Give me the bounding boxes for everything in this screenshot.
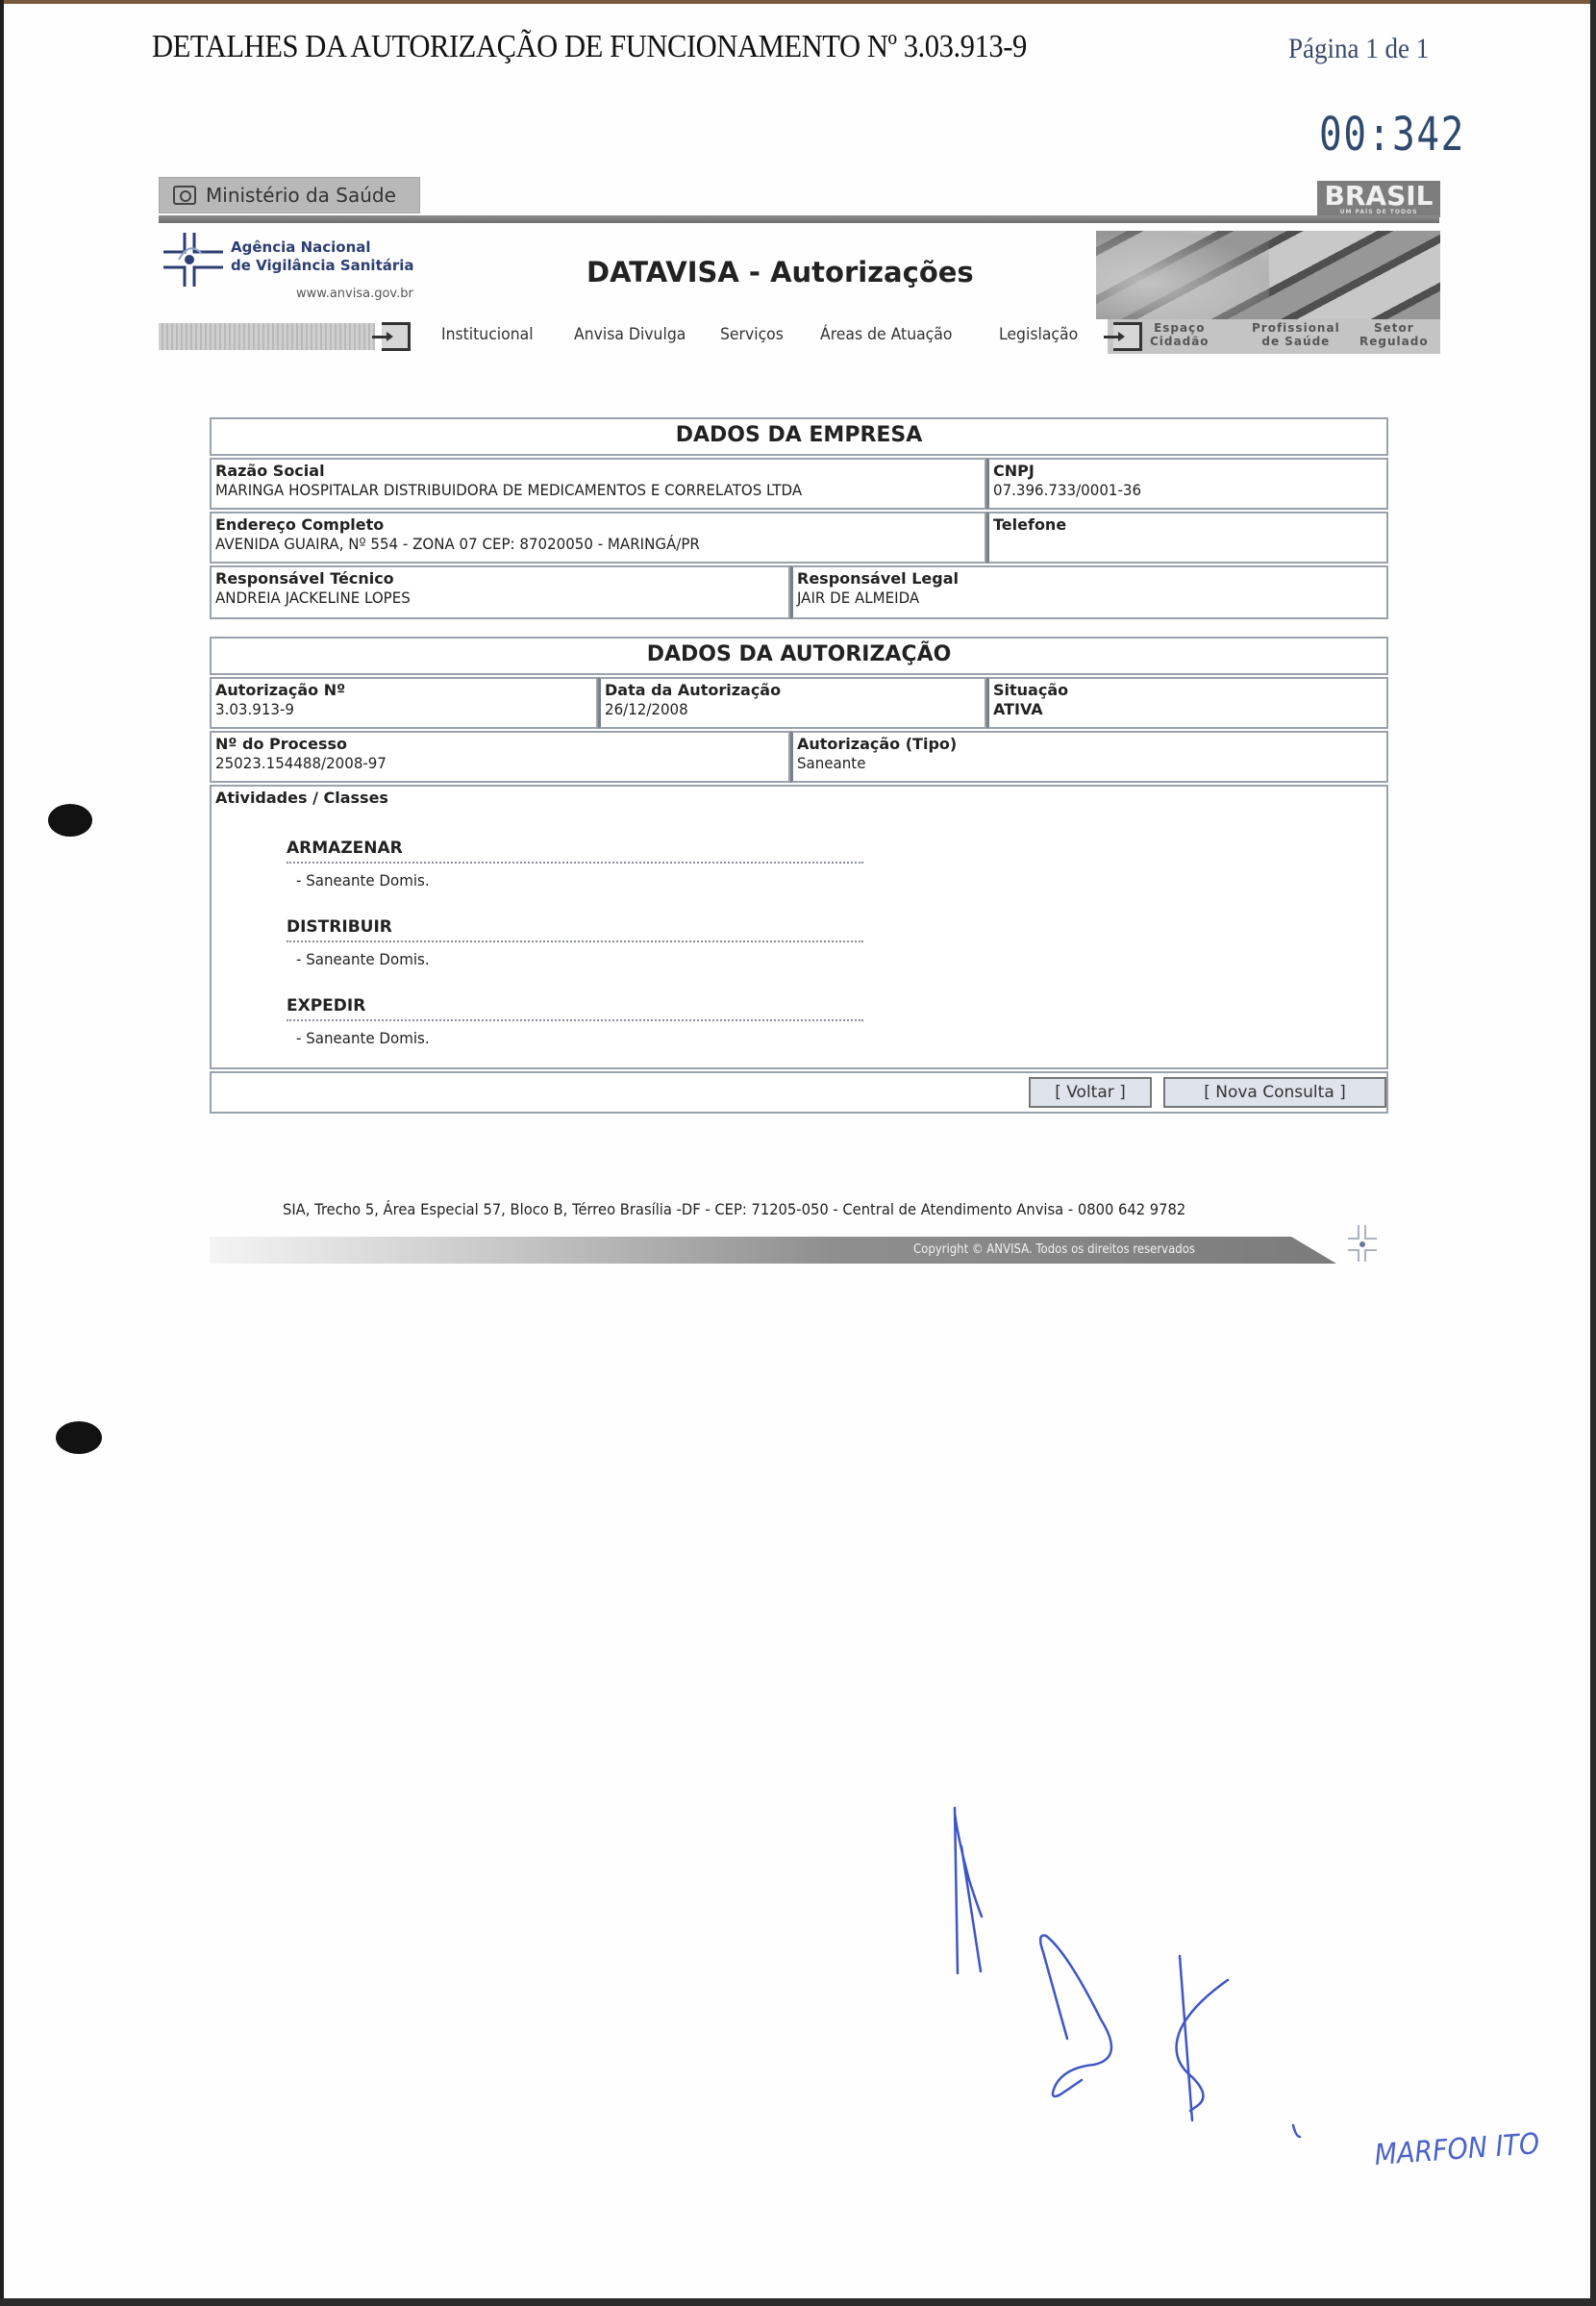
activity-class-item: - Saneante Domis. <box>296 1029 430 1047</box>
field-value: 26/12/2008 <box>605 700 688 718</box>
field-value: 07.396.733/0001-36 <box>993 481 1141 499</box>
field-label: Data da Autorização <box>605 681 781 699</box>
portal-link-line2: de Saúde <box>1252 335 1340 348</box>
field-value: MARINGA HOSPITALAR DISTRIBUIDORA DE MEDI… <box>215 481 802 499</box>
nav-item-legislacao[interactable]: Legislação <box>999 325 1078 344</box>
portal-link-line2: Regulado <box>1359 335 1429 348</box>
field-label: Responsável Técnico <box>215 569 394 588</box>
field-label: Nº do Processo <box>215 735 347 753</box>
punch-hole <box>48 804 92 837</box>
footer-address: SIA, Trecho 5, Área Especial 57, Bloco B… <box>283 1200 1185 1218</box>
brasil-logo[interactable]: BRASIL UM PAÍS DE TODOS <box>1317 181 1440 217</box>
activity-expedir: EXPEDIR <box>287 996 365 1015</box>
field-endereco: Endereço Completo AVENIDA GUAIRA, Nº 554… <box>210 512 986 564</box>
agency-url[interactable]: www.anvisa.gov.br <box>296 287 413 301</box>
agency-name-line2: de Vigilância Sanitária <box>231 257 414 275</box>
field-label: Atividades / Classes <box>215 789 388 807</box>
signature-stroke-1 <box>955 1808 982 1973</box>
field-label: Autorização Nº <box>215 681 345 699</box>
nav-item-servicos[interactable]: Serviços <box>720 325 784 344</box>
field-label: Responsável Legal <box>797 569 959 588</box>
portal-link-profissional-de-saude[interactable]: Profissional de Saúde <box>1252 321 1340 348</box>
nav-item-institucional[interactable]: Institucional <box>441 325 534 344</box>
activity-class-item: - Saneante Domis. <box>296 871 430 890</box>
field-responsavel-tecnico: Responsável Técnico ANDREIA JACKELINE LO… <box>210 565 790 619</box>
activity-divider <box>287 862 863 864</box>
field-telefone: Telefone <box>986 512 1388 564</box>
authorization-data-panel: DADOS DA AUTORIZAÇÃO Autorização Nº 3.03… <box>210 637 1388 1117</box>
signature-stroke-2 <box>1040 1936 1111 2096</box>
field-numero-processo: Nº do Processo 25023.154488/2008-97 <box>210 731 790 783</box>
ministry-icon <box>173 186 196 205</box>
field-value: JAIR DE ALMEIDA <box>797 589 919 607</box>
main-nav: Institucional Anvisa Divulga Serviços Ár… <box>159 319 1440 354</box>
ministry-label: Ministério da Saúde <box>206 184 396 207</box>
portal-link-line1: Profissional <box>1252 321 1340 335</box>
scan-edge-bottom <box>0 2298 1596 2306</box>
footer-copyright: Copyright © ANVISA. Todos os direitos re… <box>913 1242 1195 1257</box>
field-value: ANDREIA JACKELINE LOPES <box>215 589 411 607</box>
anvisa-cross-logo-icon[interactable] <box>162 231 225 288</box>
agency-name-line1: Agência Nacional <box>231 238 414 257</box>
field-data-autorizacao: Data da Autorização 26/12/2008 <box>598 677 986 729</box>
field-label: Endereço Completo <box>215 515 384 534</box>
handwritten-note: MARFON ITO <box>1374 2127 1541 2172</box>
field-label: CNPJ <box>993 462 1035 480</box>
page-stamp-number: 00:342 <box>1319 108 1465 162</box>
field-label: Situação <box>993 681 1068 699</box>
portal-link-line2: Cidadão <box>1150 335 1209 348</box>
scan-edge-top <box>0 0 1596 4</box>
back-button[interactable]: [ Voltar ] <box>1029 1077 1152 1108</box>
signature-stroke-3 <box>1177 1956 1228 2120</box>
enter-arrow-icon[interactable] <box>382 322 411 351</box>
authorization-section-header: DADOS DA AUTORIZAÇÃO <box>210 637 1388 675</box>
field-label: Telefone <box>993 515 1066 534</box>
page-count: Página 1 de 1 <box>1288 33 1429 65</box>
anvisa-footer-logo-icon <box>1346 1223 1379 1266</box>
field-value: 25023.154488/2008-97 <box>215 754 387 772</box>
portal-link-line1: Setor <box>1359 321 1429 335</box>
portal-enter-arrow-icon <box>1113 322 1142 351</box>
portal-links: Espaço Cidadão Profissional de Saúde Set… <box>1108 319 1440 354</box>
field-label: Autorização (Tipo) <box>797 735 957 753</box>
activity-armazenar: ARMAZENAR <box>287 839 403 858</box>
field-value: Saneante <box>797 754 865 772</box>
nav-pattern-decoration <box>159 323 375 350</box>
agency-name: Agência Nacional de Vigilância Sanitária <box>231 238 414 275</box>
header-photo-overlay <box>1096 231 1269 319</box>
company-section-header: DADOS DA EMPRESA <box>210 417 1388 456</box>
field-autorizacao-numero: Autorização Nº 3.03.913-9 <box>210 677 598 729</box>
header-divider <box>159 215 1439 223</box>
ministry-bar[interactable]: Ministério da Saúde <box>159 177 420 213</box>
app-title: DATAVISA - Autorizações <box>586 256 974 288</box>
activity-distribuir: DISTRIBUIR <box>287 917 392 937</box>
activity-divider <box>287 1019 863 1021</box>
field-atividades-classes: Atividades / Classes ARMAZENAR - Saneant… <box>210 785 1388 1069</box>
nav-item-anvisa-divulga[interactable]: Anvisa Divulga <box>574 325 686 344</box>
portal-link-setor-regulado[interactable]: Setor Regulado <box>1359 321 1429 348</box>
signature-tick <box>1293 2125 1300 2137</box>
company-section-title: DADOS DA EMPRESA <box>212 423 1386 447</box>
punch-hole <box>56 1421 102 1454</box>
field-razao-social: Razão Social MARINGA HOSPITALAR DISTRIBU… <box>210 458 986 510</box>
field-label: Razão Social <box>215 462 325 480</box>
document-title: DETALHES DA AUTORIZAÇÃO DE FUNCIONAMENTO… <box>152 29 1027 65</box>
authorization-section-title: DADOS DA AUTORIZAÇÃO <box>212 642 1386 666</box>
field-autorizacao-tipo: Autorização (Tipo) Saneante <box>790 731 1388 783</box>
portal-link-espaco-cidadao[interactable]: Espaço Cidadão <box>1150 321 1209 348</box>
brasil-logo-text: BRASIL <box>1325 183 1434 210</box>
field-value: 3.03.913-9 <box>215 700 294 718</box>
status-badge: ATIVA <box>993 700 1043 718</box>
field-situacao: Situação ATIVA <box>986 677 1388 729</box>
scan-edge-left <box>0 0 4 2306</box>
company-data-panel: DADOS DA EMPRESA Razão Social MARINGA HO… <box>210 417 1388 627</box>
scan-edge-right <box>1590 0 1596 2306</box>
activity-class-item: - Saneante Domis. <box>296 950 430 968</box>
activity-divider <box>287 940 863 942</box>
nav-item-areas-de-atuacao[interactable]: Áreas de Atuação <box>820 325 952 344</box>
actions-row: [ Voltar ] [ Nova Consulta ] <box>210 1071 1388 1114</box>
portal-link-line1: Espaço <box>1150 321 1209 335</box>
new-query-button[interactable]: [ Nova Consulta ] <box>1163 1077 1386 1108</box>
field-cnpj: CNPJ 07.396.733/0001-36 <box>986 458 1388 510</box>
field-responsavel-legal: Responsável Legal JAIR DE ALMEIDA <box>790 565 1388 619</box>
field-value: AVENIDA GUAIRA, Nº 554 - ZONA 07 CEP: 87… <box>215 535 700 553</box>
